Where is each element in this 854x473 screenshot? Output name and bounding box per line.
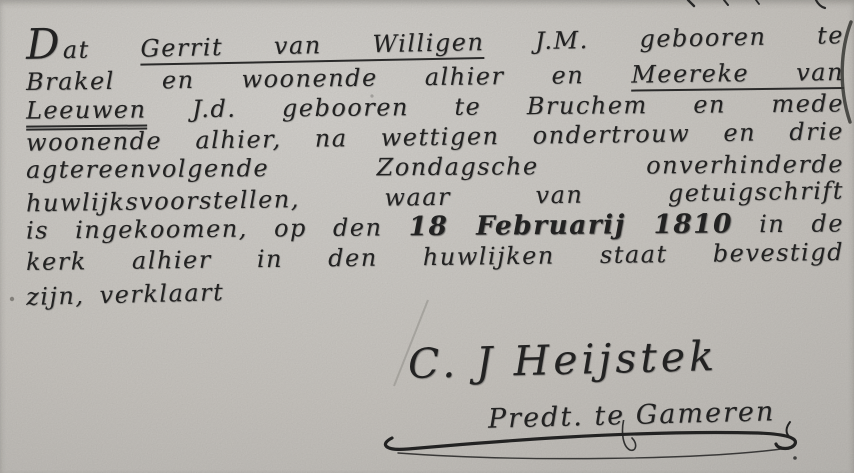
signature-flourish-icon bbox=[378, 420, 854, 473]
underlined-name: Meereke van bbox=[631, 58, 844, 92]
paper-scratch-mark bbox=[394, 300, 428, 386]
date-text: 18 Februarij 1810 bbox=[409, 208, 734, 242]
ink-speck bbox=[10, 297, 14, 301]
text-segment: Dat bbox=[26, 35, 141, 65]
record-text: Dat Gerrit van Willigen J.M. gebooren te… bbox=[26, 22, 844, 302]
document-page: Dat Gerrit van Willigen J.M. gebooren te… bbox=[0, 0, 854, 473]
text-segment: J.M. gebooren te bbox=[484, 21, 844, 56]
text-segment: is ingekoomen, op den bbox=[26, 213, 409, 244]
text-segment: in de bbox=[733, 209, 844, 238]
signature-title: Predt. te Gameren bbox=[488, 396, 776, 435]
signature-name: C. J Heijstek bbox=[407, 332, 718, 388]
text-segment: zijn, verklaart bbox=[26, 278, 225, 311]
top-edge-ink-marks bbox=[688, 0, 825, 8]
underlined-name: Gerrit van Willigen bbox=[140, 28, 484, 66]
